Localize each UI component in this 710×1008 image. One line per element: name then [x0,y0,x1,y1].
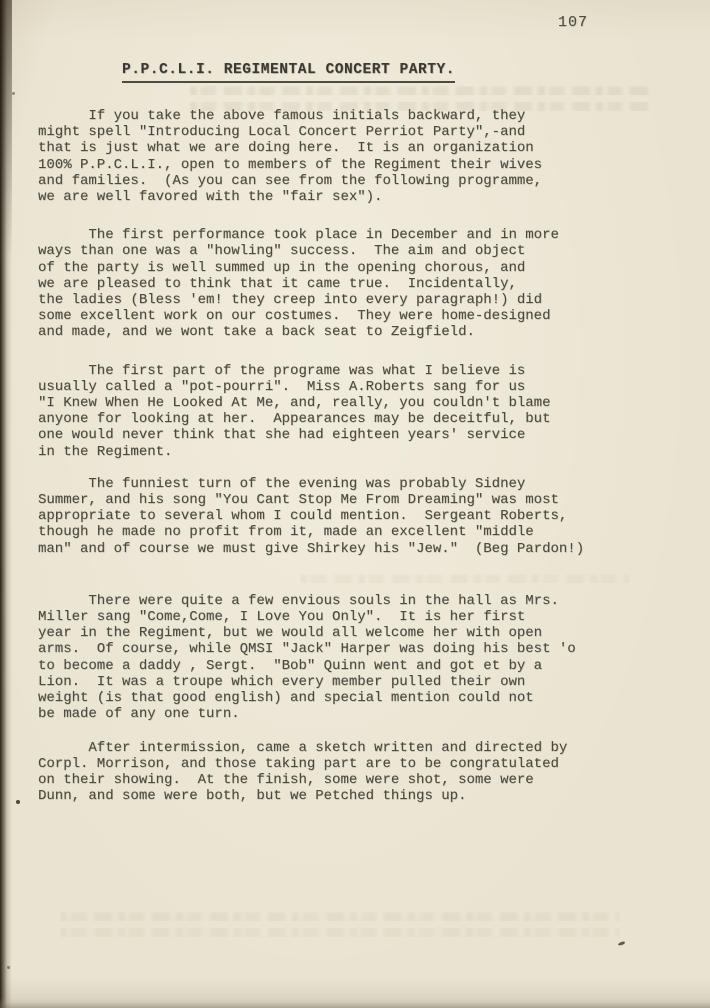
text-line: After intermission, came a sketch writte… [38,740,678,756]
binding-edge [0,0,12,1008]
text-line: weight (is that good english) and specia… [38,690,678,706]
ink-speck [12,92,15,95]
text-line: Lion. It was a troupe which every member… [38,674,678,690]
document-page: 107 P.P.C.L.I. REGIMENTAL CONCERT PARTY.… [0,0,710,1008]
paragraph-envious-souls: There were quite a few envious souls in … [38,593,678,723]
text-line: "I Knew When He Looked At Me, and, reall… [38,395,678,411]
ink-speck [618,941,626,946]
text-line: on their showing. At the finish, some we… [38,772,678,788]
text-line: 100% P.P.C.L.I., open to members of the … [38,157,678,173]
text-line: of the party is well summed up in the op… [38,260,678,276]
text-line: Summer, and his song "You Cant Stop Me F… [38,492,678,508]
ink-bleedthrough [60,912,620,938]
paragraph-intro: If you take the above famous initials ba… [38,108,678,205]
text-line: Miller sang "Come,Come, I Love You Only"… [38,609,678,625]
text-line: to become a daddy , Sergt. "Bob" Quinn w… [38,658,678,674]
text-line: that is just what we are doing here. It … [38,140,678,156]
paragraph-after-intermission: After intermission, came a sketch writte… [38,740,678,805]
text-line: the ladies (Bless 'em! they creep into e… [38,292,678,308]
page-number: 107 [558,14,588,31]
text-line: The first part of the programe was what … [38,363,678,379]
text-line: There were quite a few envious souls in … [38,593,678,609]
text-line: man" and of course we must give Shirkey … [38,541,678,557]
ink-speck [16,800,20,804]
text-line: appropriate to several whom I could ment… [38,508,678,524]
text-line: we are well favored with the "fair sex")… [38,189,678,205]
page-bottom-shadow [0,998,710,1008]
text-line: year in the Regiment, but we would all w… [38,625,678,641]
text-line: in the Regiment. [38,444,678,460]
text-line: arms. Of course, while QMSI "Jack" Harpe… [38,641,678,657]
text-line: we are pleased to think that it came tru… [38,276,678,292]
paragraph-pot-pourri: The first part of the programe was what … [38,363,678,460]
text-line: and families. (As you can see from the f… [38,173,678,189]
paragraph-first-performance: The first performance took place in Dece… [38,227,678,340]
text-line: and made, and we wont take a back seat t… [38,324,678,340]
text-line: The first performance took place in Dece… [38,227,678,243]
text-line: ways than one was a "howling" success. T… [38,243,678,259]
document-body: If you take the above famous initials ba… [38,108,678,826]
text-line: might spell "Introducing Local Concert P… [38,124,678,140]
text-line: some excellent work on our costumes. The… [38,308,678,324]
text-line: Corpl. Morrison, and those taking part a… [38,756,678,772]
text-line: The funniest turn of the evening was pro… [38,476,678,492]
paragraph-funniest-turn: The funniest turn of the evening was pro… [38,476,678,557]
text-line: If you take the above famous initials ba… [38,108,678,124]
text-line: be made of any one turn. [38,706,678,722]
text-line: one would never think that she had eight… [38,427,678,443]
text-line: though he made no profit from it, made a… [38,524,678,540]
text-line: anyone for looking at her. Appearances m… [38,411,678,427]
text-line: usually called a "pot-pourri". Miss A.Ro… [38,379,678,395]
page-title: P.P.C.L.I. REGIMENTAL CONCERT PARTY. [122,62,455,83]
text-line: Dunn, and some were both, but we Petched… [38,788,678,804]
